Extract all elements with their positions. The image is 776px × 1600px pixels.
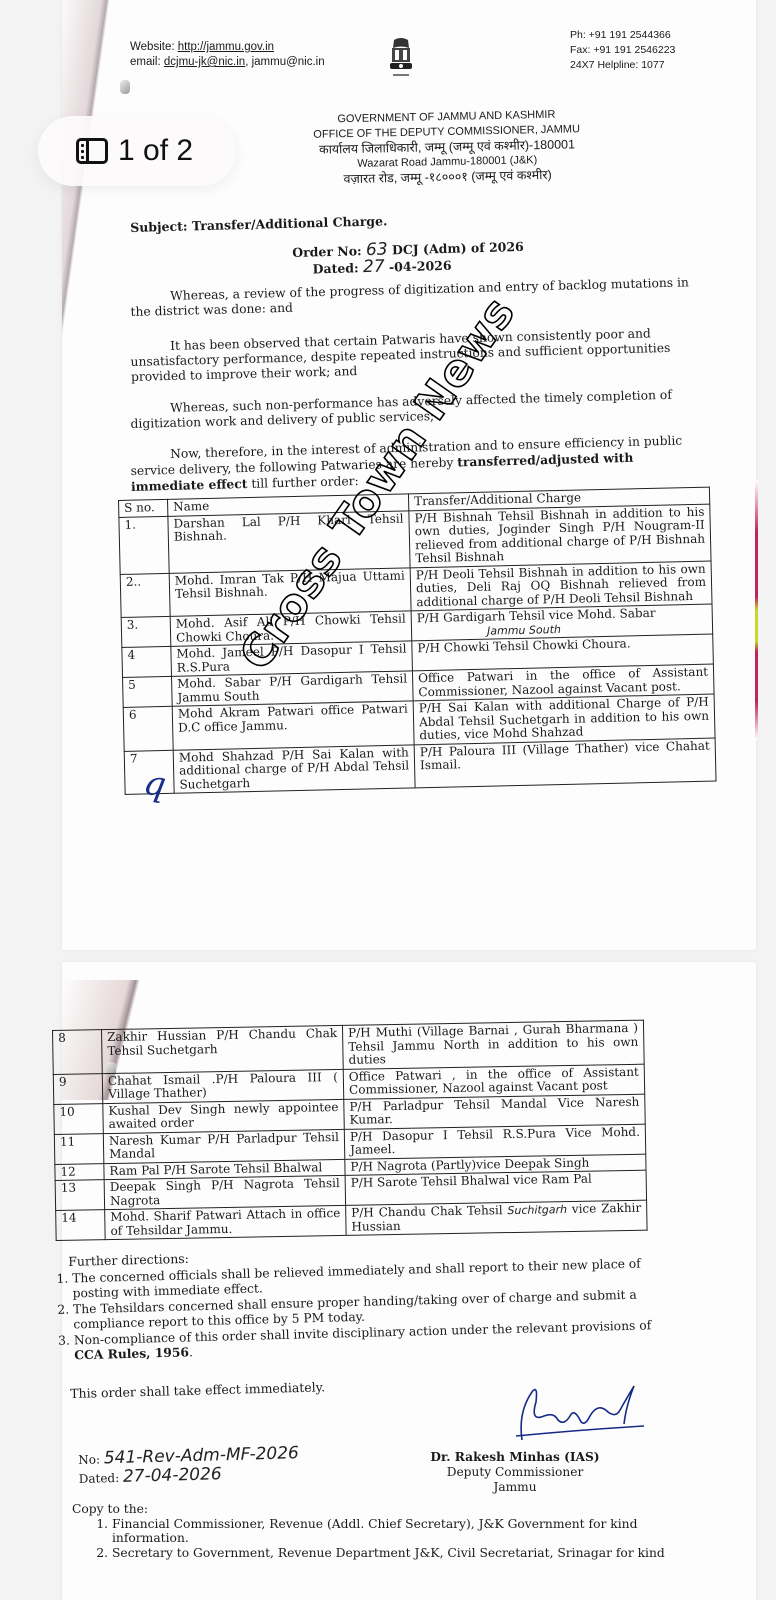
row-sno: 1. (119, 516, 169, 574)
order-no-label: Order No: (292, 243, 366, 260)
row-sno: 4 (122, 646, 172, 677)
row-sno: 5 (123, 676, 173, 707)
row-charge: P/H Chandu Chak Tehsil Suchitgarh vice Z… (346, 1200, 647, 1235)
phone-number: Ph: +91 191 2544366 (570, 28, 675, 43)
paragraph-2: It has been observed that certain Patwar… (130, 325, 691, 385)
transfer-table-page-2: 8Zakhir Hussian P/H Chandu Chak Tehsil S… (52, 1020, 648, 1241)
row-charge: P/H Sai Kalan with additional Charge of … (413, 694, 715, 744)
helpline-number: 24X7 Helpline: 1077 (570, 58, 675, 73)
letterhead-contact: Website: http://jammu.gov.in email: dcjm… (130, 40, 325, 70)
copy-to-item: Secretary to Government, Revenue Departm… (112, 1546, 672, 1561)
row-sno: 11 (54, 1133, 104, 1164)
row-sno: 2.. (120, 573, 170, 618)
row-sno: 6 (123, 706, 173, 751)
row-charge: P/H Paloura III (Village Thather) vice C… (414, 738, 716, 788)
page-indicator[interactable]: 1 of 2 (38, 116, 236, 186)
signatory-place: Jammu (430, 1480, 600, 1495)
dispatch-dated-handwritten: 27-04-2026 (123, 1464, 222, 1487)
page-indicator-text: 1 of 2 (118, 134, 193, 168)
signatory-name: Dr. Rakesh Minhas (IAS) (430, 1450, 599, 1464)
direction-3-end: . (189, 1345, 193, 1359)
subject-line: Subject: Transfer/Additional Charge. (130, 213, 388, 235)
order-no-suffix: DCJ (Adm) of 2026 (387, 239, 523, 258)
order-dated-handwritten: 27 (363, 257, 385, 278)
row-name: Mohd. Sharif Patwari Attach in office of… (105, 1205, 346, 1239)
page-edge-highlight (755, 480, 758, 740)
dispatch-number-block: No: 541-Rev-Adm-MF-2026 Dated: 27-04-202… (78, 1444, 300, 1488)
row-name: Mohd Akram Patwari office Patwari D.C of… (172, 701, 414, 750)
order-dated-suffix: -04-2026 (384, 258, 451, 275)
staple-icon (120, 80, 130, 94)
fax-number: Fax: +91 191 2546223 (570, 43, 675, 58)
signatory-designation: Deputy Commissioner (430, 1465, 600, 1480)
website-link[interactable]: http://jammu.gov.in (178, 41, 274, 53)
row-sno: 8 (53, 1030, 103, 1074)
row-name: Deepak Singh P/H Nagrota Tehsil Nagrota (104, 1175, 345, 1209)
copy-to-item: Financial Commissioner, Revenue (Addl. C… (112, 1517, 672, 1546)
subject-text: Transfer/Additional Charge. (192, 213, 388, 233)
transfer-table-page-1: S no. Name Transfer/Additional Charge 1.… (118, 487, 717, 795)
row-name: Naresh Kumar P/H Parladpur Tehsil Mandal (103, 1129, 344, 1163)
order-number-block: Order No: 63 DCJ (Adm) of 2026 Dated: 27… (292, 238, 524, 278)
row-sno: 10 (54, 1103, 104, 1134)
handwritten-annotation: Jammu South (487, 622, 561, 637)
national-emblem-icon (384, 36, 418, 82)
email-label: email: (130, 56, 164, 68)
copy-to-title: Copy to the: (72, 1502, 672, 1517)
row-name: Chahat Ismail .P/H Paloura III ( Village… (102, 1069, 343, 1103)
row-name: Mohd Shahzad P/H Sai Kalan with addition… (173, 744, 415, 793)
dispatch-no-label: No: (78, 1452, 104, 1467)
government-heading: GOVERNMENT OF JAMMU AND KASHMIR OFFICE O… (281, 107, 612, 189)
handwritten-annotation: Suchitgarh (507, 1203, 567, 1217)
row-charge: P/H Deoli Tehsil Bishnah in addition to … (410, 561, 712, 611)
email-link[interactable]: dcjmu-jk@nic.in (164, 56, 245, 68)
row-charge: P/H Muthi (Village Barnai , Gurah Bharma… (342, 1020, 644, 1069)
row-sno: 9 (53, 1073, 103, 1104)
copy-to-block: Copy to the: Financial Commissioner, Rev… (72, 1502, 672, 1560)
row-sno: 13 (55, 1180, 105, 1211)
website-label: Website: (130, 41, 178, 53)
paragraph-1-text: Whereas, a review of the progress of dig… (130, 275, 689, 319)
signatory-block: Dr. Rakesh Minhas (IAS) Deputy Commissio… (430, 1450, 600, 1495)
row-name: Zakhir Hussian P/H Chandu Chak Tehsil Su… (102, 1025, 344, 1073)
order-dated-label: Dated: (312, 260, 363, 276)
header-blank: S no. (119, 499, 168, 517)
paragraph-2-text: It has been observed that certain Patwar… (130, 326, 670, 384)
row-charge: P/H Bishnah Tehsil Bishnah in addition t… (409, 504, 711, 568)
sidebar-pages-icon (76, 138, 108, 164)
row-name: Kushal Dev Singh newly appointee awaited… (103, 1099, 344, 1133)
letterhead-phone-block: Ph: +91 191 2544366 Fax: +91 191 2546223… (570, 28, 675, 73)
row-sno: 3. (121, 616, 171, 647)
subject-label: Subject: (130, 218, 192, 235)
signature-mark (508, 1382, 648, 1444)
paragraph-1: Whereas, a review of the progress of dig… (130, 275, 691, 320)
dispatch-dated-label: Dated: (79, 1471, 124, 1486)
row-sno: 14 (56, 1210, 106, 1241)
directions-list: The concerned officials shall be relieve… (50, 1254, 654, 1363)
row-sno: 12 (55, 1163, 104, 1180)
email-secondary: , jammu@nic.in (245, 56, 324, 68)
direction-3-bold: CCA Rules, 1956 (74, 1344, 189, 1362)
